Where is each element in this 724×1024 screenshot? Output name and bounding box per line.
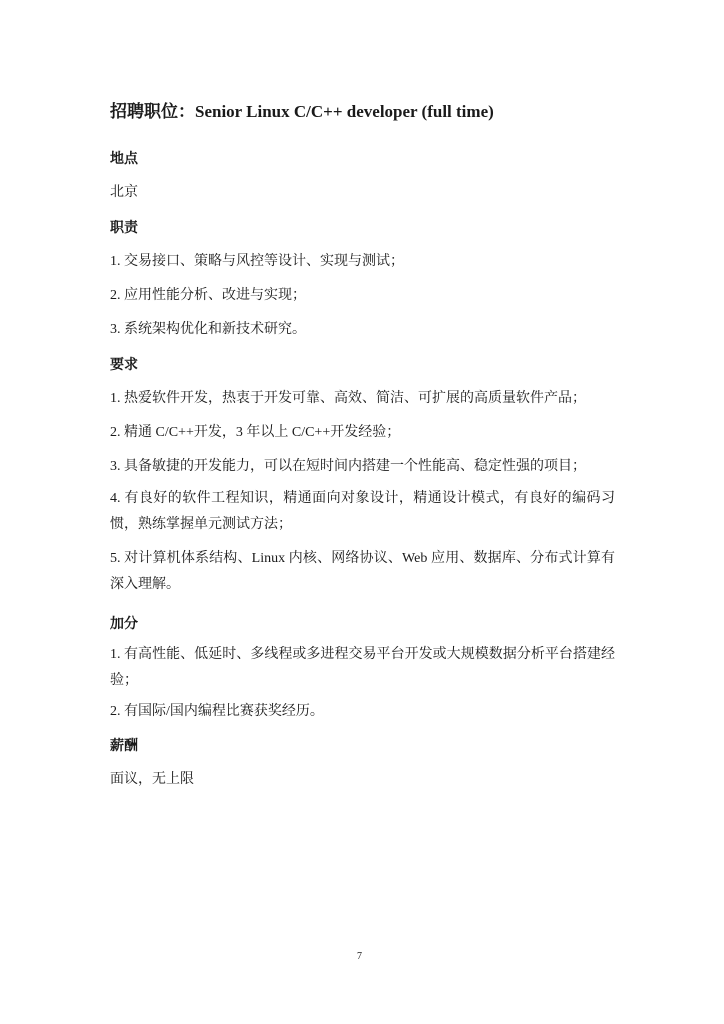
duties-heading: 职责 — [110, 218, 138, 238]
duty-item: 1. 交易接口、策略与风控等设计、实现与测试； — [110, 252, 404, 272]
bonus-item: 2. 有国际/国内编程比赛获奖经历。 — [110, 702, 324, 722]
duty-item: 3. 系统架构优化和新技术研究。 — [110, 320, 306, 340]
requirement-item: 2. 精通 C/C++开发，3 年以上 C/C++开发经验； — [110, 423, 400, 443]
salary-value: 面议，无上限 — [110, 770, 194, 790]
requirement-item: 5. 对计算机体系结构、Linux 内核、网络协议、Web 应用、数据库、分布式… — [110, 546, 615, 598]
location-value: 北京 — [110, 183, 138, 203]
requirement-item: 3. 具备敏捷的开发能力，可以在短时间内搭建一个性能高、稳定性强的项目； — [110, 457, 586, 477]
job-title: 招聘职位：Senior Linux C/C++ developer (full … — [110, 97, 494, 122]
requirement-item: 4. 有良好的软件工程知识，精通面向对象设计，精通设计模式，有良好的编码习惯，熟… — [110, 486, 615, 538]
bonus-heading: 加分 — [110, 614, 138, 634]
duty-item: 2. 应用性能分析、改进与实现； — [110, 286, 306, 306]
salary-heading: 薪酬 — [110, 736, 138, 756]
location-heading: 地点 — [110, 149, 138, 169]
requirements-heading: 要求 — [110, 355, 138, 375]
document-page: 招聘职位：Senior Linux C/C++ developer (full … — [0, 0, 724, 1024]
requirement-item: 1. 热爱软件开发，热衷于开发可靠、高效、简洁、可扩展的高质量软件产品； — [110, 389, 586, 409]
page-number: 7 — [357, 951, 362, 962]
bonus-item: 1. 有高性能、低延时、多线程或多进程交易平台开发或大规模数据分析平台搭建经验； — [110, 642, 615, 694]
